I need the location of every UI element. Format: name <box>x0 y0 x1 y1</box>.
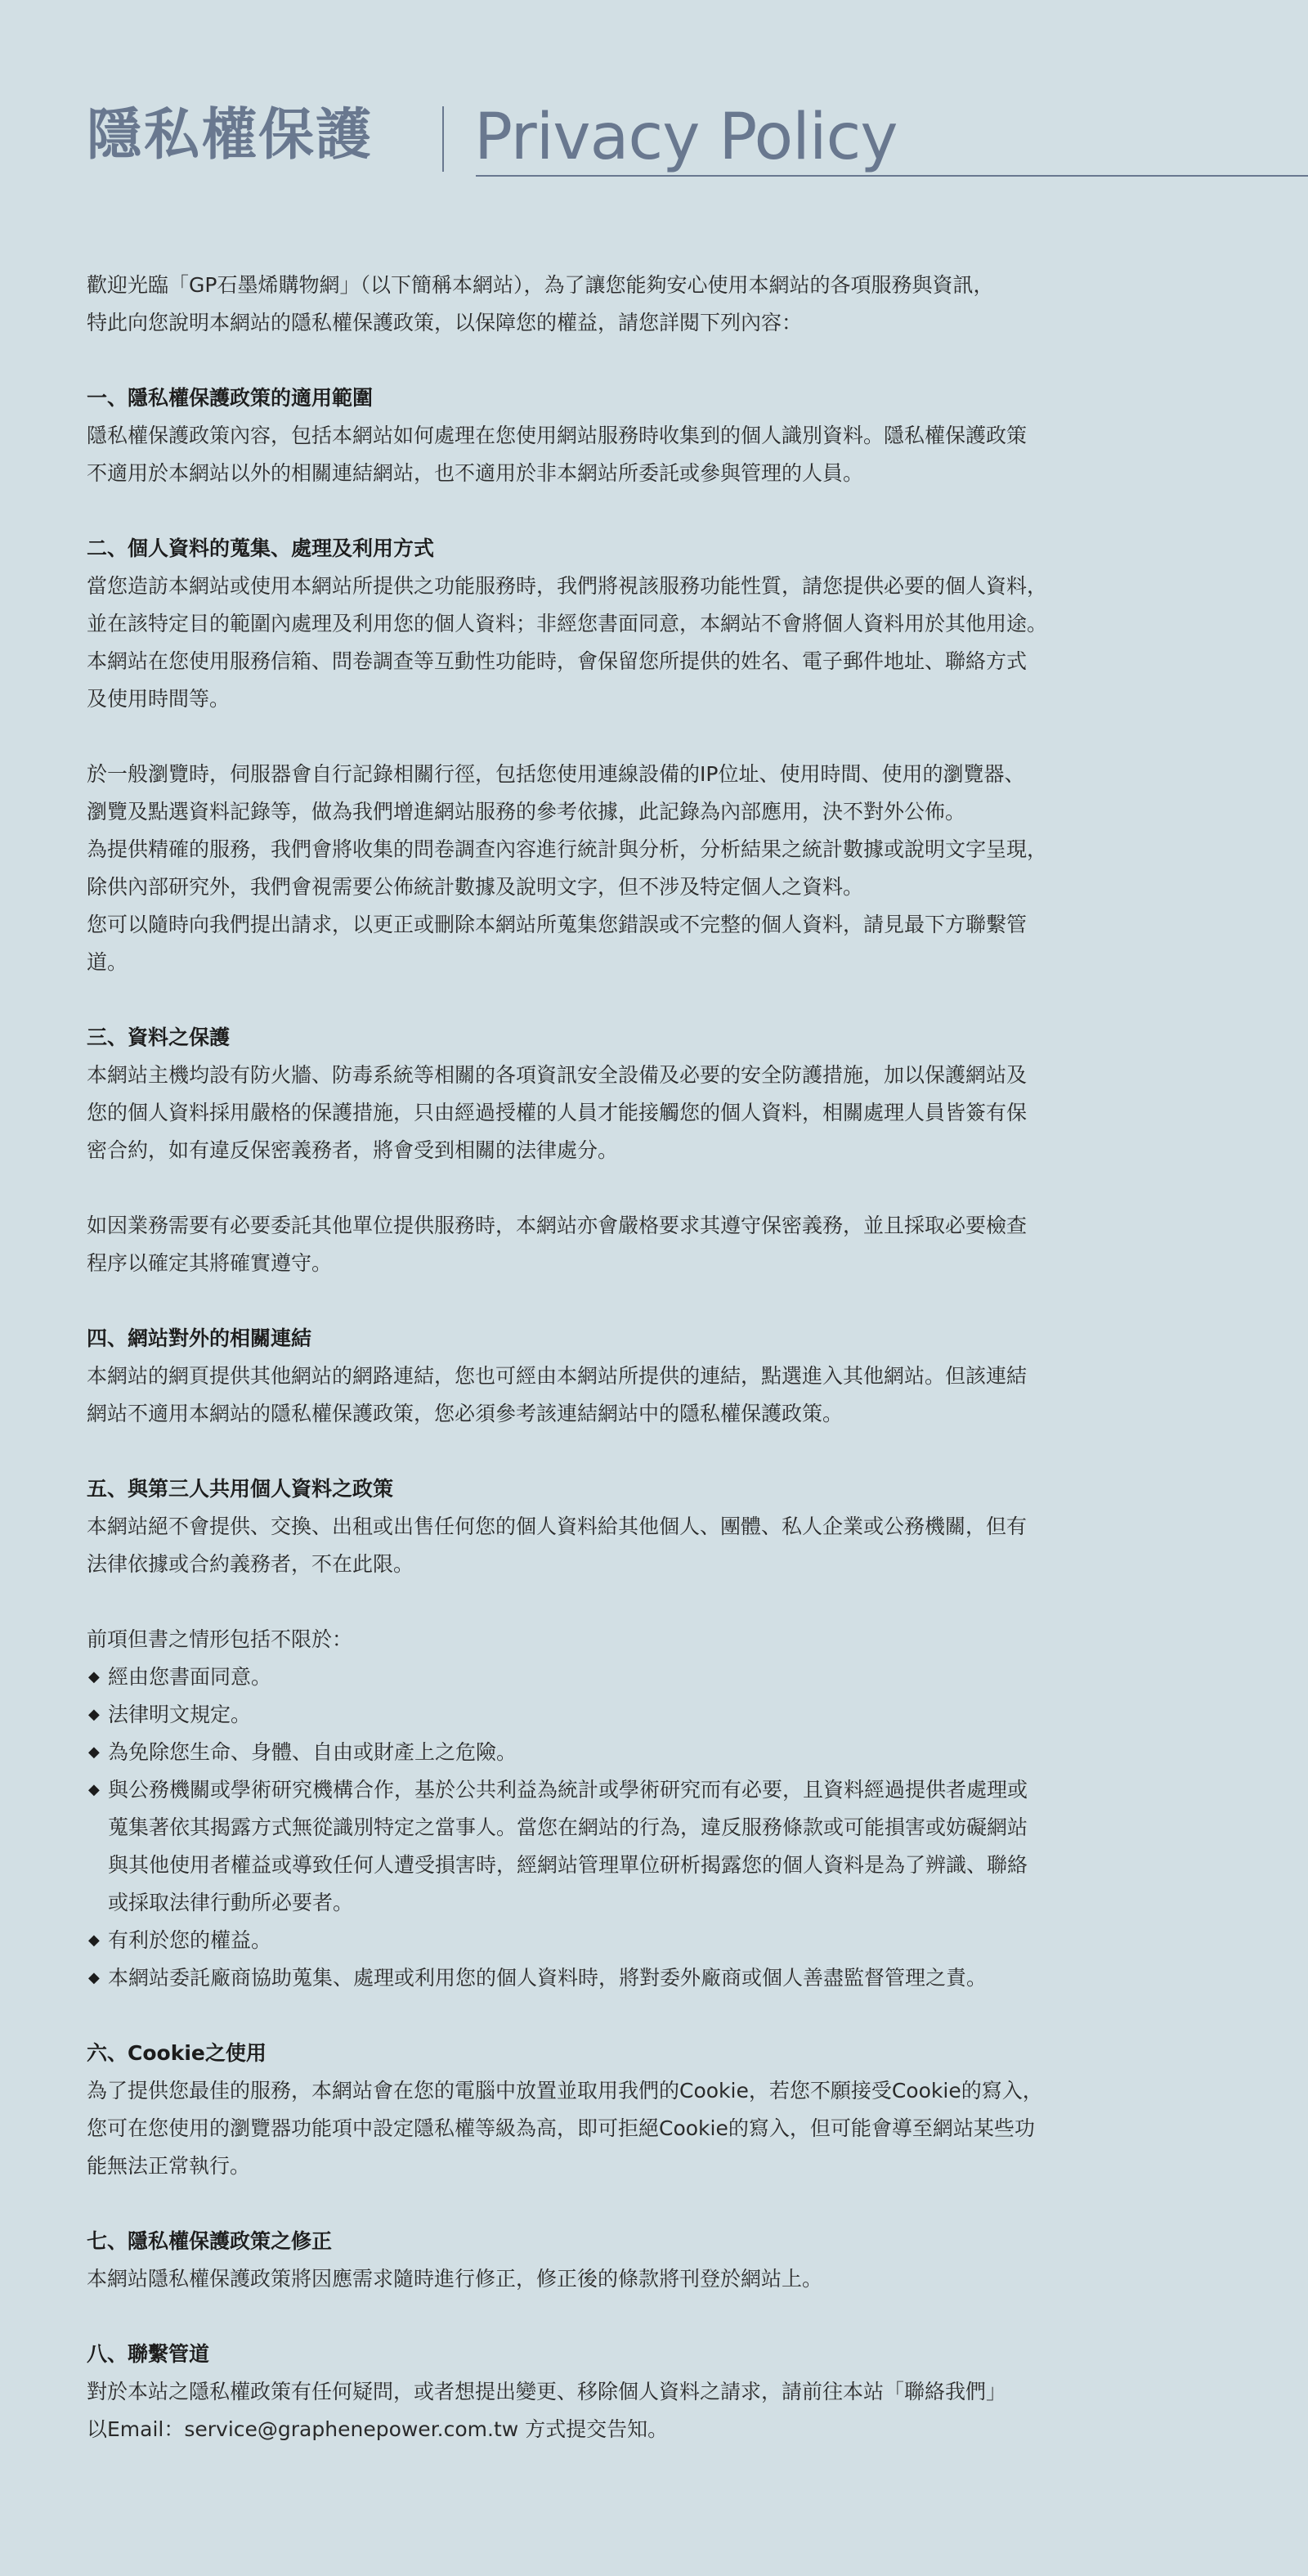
section-third-party: 五、與第三人共用個人資料之政策 本網站絕不會提供、交換、出租或出售任何您的個人資… <box>87 1470 1231 1997</box>
paragraph-line: 道。 <box>87 944 1231 981</box>
list-item: ◆ 與公務機關或學術研究機構合作，基於公共利益為統計或學術研究而有必要，且資料經… <box>87 1771 1231 1922</box>
paragraph-line: 為提供精確的服務，我們會將收集的問卷調查內容進行統計與分析，分析結果之統計數據或… <box>87 831 1231 868</box>
section-title: 六、Cookie之使用 <box>87 2035 1231 2072</box>
paragraph-line: 當您造訪本網站或使用本網站所提供之功能服務時，我們將視該服務功能性質，請您提供必… <box>87 568 1231 605</box>
paragraph-line: 能無法正常執行。 <box>87 2147 1231 2185</box>
diamond-bullet-icon: ◆ <box>88 1734 100 1771</box>
paragraph-line: 您可以隨時向我們提出請求，以更正或刪除本網站所蒐集您錯誤或不完整的個人資料，請見… <box>87 906 1231 944</box>
paragraph-line: 程序以確定其將確實遵守。 <box>87 1245 1231 1282</box>
paragraph-line: 及使用時間等。 <box>87 680 1231 718</box>
section-title: 五、與第三人共用個人資料之政策 <box>87 1470 1231 1508</box>
section-protection: 三、資料之保護 本網站主機均設有防火牆、防毒系統等相關的各項資訊安全設備及必要的… <box>87 1019 1231 1282</box>
list-item: ◆ 經由您書面同意。 <box>87 1658 1231 1696</box>
paragraph-line: 密合約，如有違反保密義務者，將會受到相關的法律處分。 <box>87 1132 1231 1169</box>
paragraph-line: 瀏覽及點選資料記錄等，做為我們增進網站服務的參考依據，此記錄為內部應用，決不對外… <box>87 793 1231 831</box>
list-item: ◆ 本網站委託廠商協助蒐集、處理或利用您的個人資料時，將對委外廠商或個人善盡監督… <box>87 1959 1231 1997</box>
paragraph-line: 隱私權保護政策內容，包括本網站如何處理在您使用網站服務時收集到的個人識別資料。隱… <box>87 417 1231 455</box>
intro-line: 特此向您說明本網站的隱私權保護政策，以保障您的權益，請您詳閱下列內容： <box>87 304 1231 342</box>
paragraph-line: 不適用於本網站以外的相關連結網站，也不適用於非本網站所委託或參與管理的人員。 <box>87 455 1231 492</box>
section-title: 三、資料之保護 <box>87 1019 1231 1057</box>
paragraph-line: 如因業務需要有必要委託其他單位提供服務時，本網站亦會嚴格要求其遵守保密義務，並且… <box>87 1207 1231 1245</box>
title-divider <box>442 106 444 172</box>
paragraph-line: 法律依據或合約義務者，不在此限。 <box>87 1546 1231 1583</box>
section-cookie: 六、Cookie之使用 為了提供您最佳的服務，本網站會在您的電腦中放置並取用我們… <box>87 2035 1231 2185</box>
paragraph-line: 您可在您使用的瀏覽器功能項中設定隱私權等級為高，即可拒絕Cookie的寫入，但可… <box>87 2110 1231 2147</box>
intro-line: 歡迎光臨「GP石墨烯購物網」（以下簡稱本網站），為了讓您能夠安心使用本網站的各項… <box>87 267 1231 304</box>
section-title: 一、隱私權保護政策的適用範圍 <box>87 379 1231 417</box>
paragraph-line: 對於本站之隱私權政策有任何疑問，或者想提出變更、移除個人資料之請求，請前往本站「… <box>87 2373 1231 2411</box>
diamond-bullet-icon: ◆ <box>88 1658 100 1696</box>
paragraph-line: 本網站在您使用服務信箱、問卷調查等互動性功能時，會保留您所提供的姓名、電子郵件地… <box>87 643 1231 680</box>
paragraph-line: 本網站絕不會提供、交換、出租或出售任何您的個人資料給其他個人、團體、私人企業或公… <box>87 1508 1231 1546</box>
section-contact: 八、聯繫管道 對於本站之隱私權政策有任何疑問，或者想提出變更、移除個人資料之請求… <box>87 2336 1231 2448</box>
paragraph-line: 本網站的網頁提供其他網站的網路連結，您也可經由本網站所提供的連結，點選進入其他網… <box>87 1358 1231 1395</box>
exception-list: ◆ 經由您書面同意。 ◆ 法律明文規定。 ◆ 為免除您生命、身體、自由或財產上之… <box>87 1658 1231 1997</box>
list-item: ◆ 為免除您生命、身體、自由或財產上之危險。 <box>87 1734 1231 1771</box>
section-title: 七、隱私權保護政策之修正 <box>87 2223 1231 2260</box>
paragraph-line: 前項但書之情形包括不限於： <box>87 1621 1231 1658</box>
paragraph-line: 於一般瀏覽時，伺服器會自行記錄相關行徑，包括您使用連線設備的IP位址、使用時間、… <box>87 756 1231 793</box>
section-external-links: 四、網站對外的相關連結 本網站的網頁提供其他網站的網路連結，您也可經由本網站所提… <box>87 1320 1231 1433</box>
diamond-bullet-icon: ◆ <box>88 1922 100 1959</box>
intro: 歡迎光臨「GP石墨烯購物網」（以下簡稱本網站），為了讓您能夠安心使用本網站的各項… <box>87 267 1231 342</box>
section-scope: 一、隱私權保護政策的適用範圍 隱私權保護政策內容，包括本網站如何處理在您使用網站… <box>87 379 1231 492</box>
list-item: ◆ 有利於您的權益。 <box>87 1922 1231 1959</box>
list-item: ◆ 法律明文規定。 <box>87 1696 1231 1734</box>
contact-email-line: 以Email：service@graphenepower.com.tw 方式提交… <box>87 2411 1231 2448</box>
section-collection: 二、個人資料的蒐集、處理及利用方式 當您造訪本網站或使用本網站所提供之功能服務時… <box>87 530 1231 981</box>
title-underline <box>476 175 1308 177</box>
policy-content: 歡迎光臨「GP石墨烯購物網」（以下簡稱本網站），為了讓您能夠安心使用本網站的各項… <box>87 267 1231 2448</box>
section-title: 二、個人資料的蒐集、處理及利用方式 <box>87 530 1231 568</box>
diamond-bullet-icon: ◆ <box>88 1959 100 1997</box>
paragraph-line: 並在該特定目的範圍內處理及利用您的個人資料；非經您書面同意，本網站不會將個人資料… <box>87 605 1231 643</box>
paragraph-line: 您的個人資料採用嚴格的保護措施，只由經過授權的人員才能接觸您的個人資料，相關處理… <box>87 1094 1231 1132</box>
section-amendment: 七、隱私權保護政策之修正 本網站隱私權保護政策將因應需求隨時進行修正，修正後的條… <box>87 2223 1231 2298</box>
diamond-bullet-icon: ◆ <box>88 1696 100 1734</box>
paragraph-line: 除供內部研究外，我們會視需要公佈統計數據及說明文字，但不涉及特定個人之資料。 <box>87 868 1231 906</box>
section-title: 四、網站對外的相關連結 <box>87 1320 1231 1358</box>
diamond-bullet-icon: ◆ <box>88 1771 100 1809</box>
paragraph-line: 網站不適用本網站的隱私權保護政策，您必須參考該連結網站中的隱私權保護政策。 <box>87 1395 1231 1433</box>
paragraph-line: 為了提供您最佳的服務，本網站會在您的電腦中放置並取用我們的Cookie，若您不願… <box>87 2072 1231 2110</box>
page-title-chinese: 隱私權保護 <box>87 105 373 167</box>
paragraph-line: 本網站主機均設有防火牆、防毒系統等相關的各項資訊安全設備及必要的安全防護措施，加… <box>87 1057 1231 1094</box>
page-title-english: Privacy Policy <box>474 103 898 172</box>
paragraph-line: 本網站隱私權保護政策將因應需求隨時進行修正，修正後的條款將刊登於網站上。 <box>87 2260 1231 2298</box>
page-header: 隱私權保護 Privacy Policy <box>87 101 1308 183</box>
section-title: 八、聯繫管道 <box>87 2336 1231 2373</box>
